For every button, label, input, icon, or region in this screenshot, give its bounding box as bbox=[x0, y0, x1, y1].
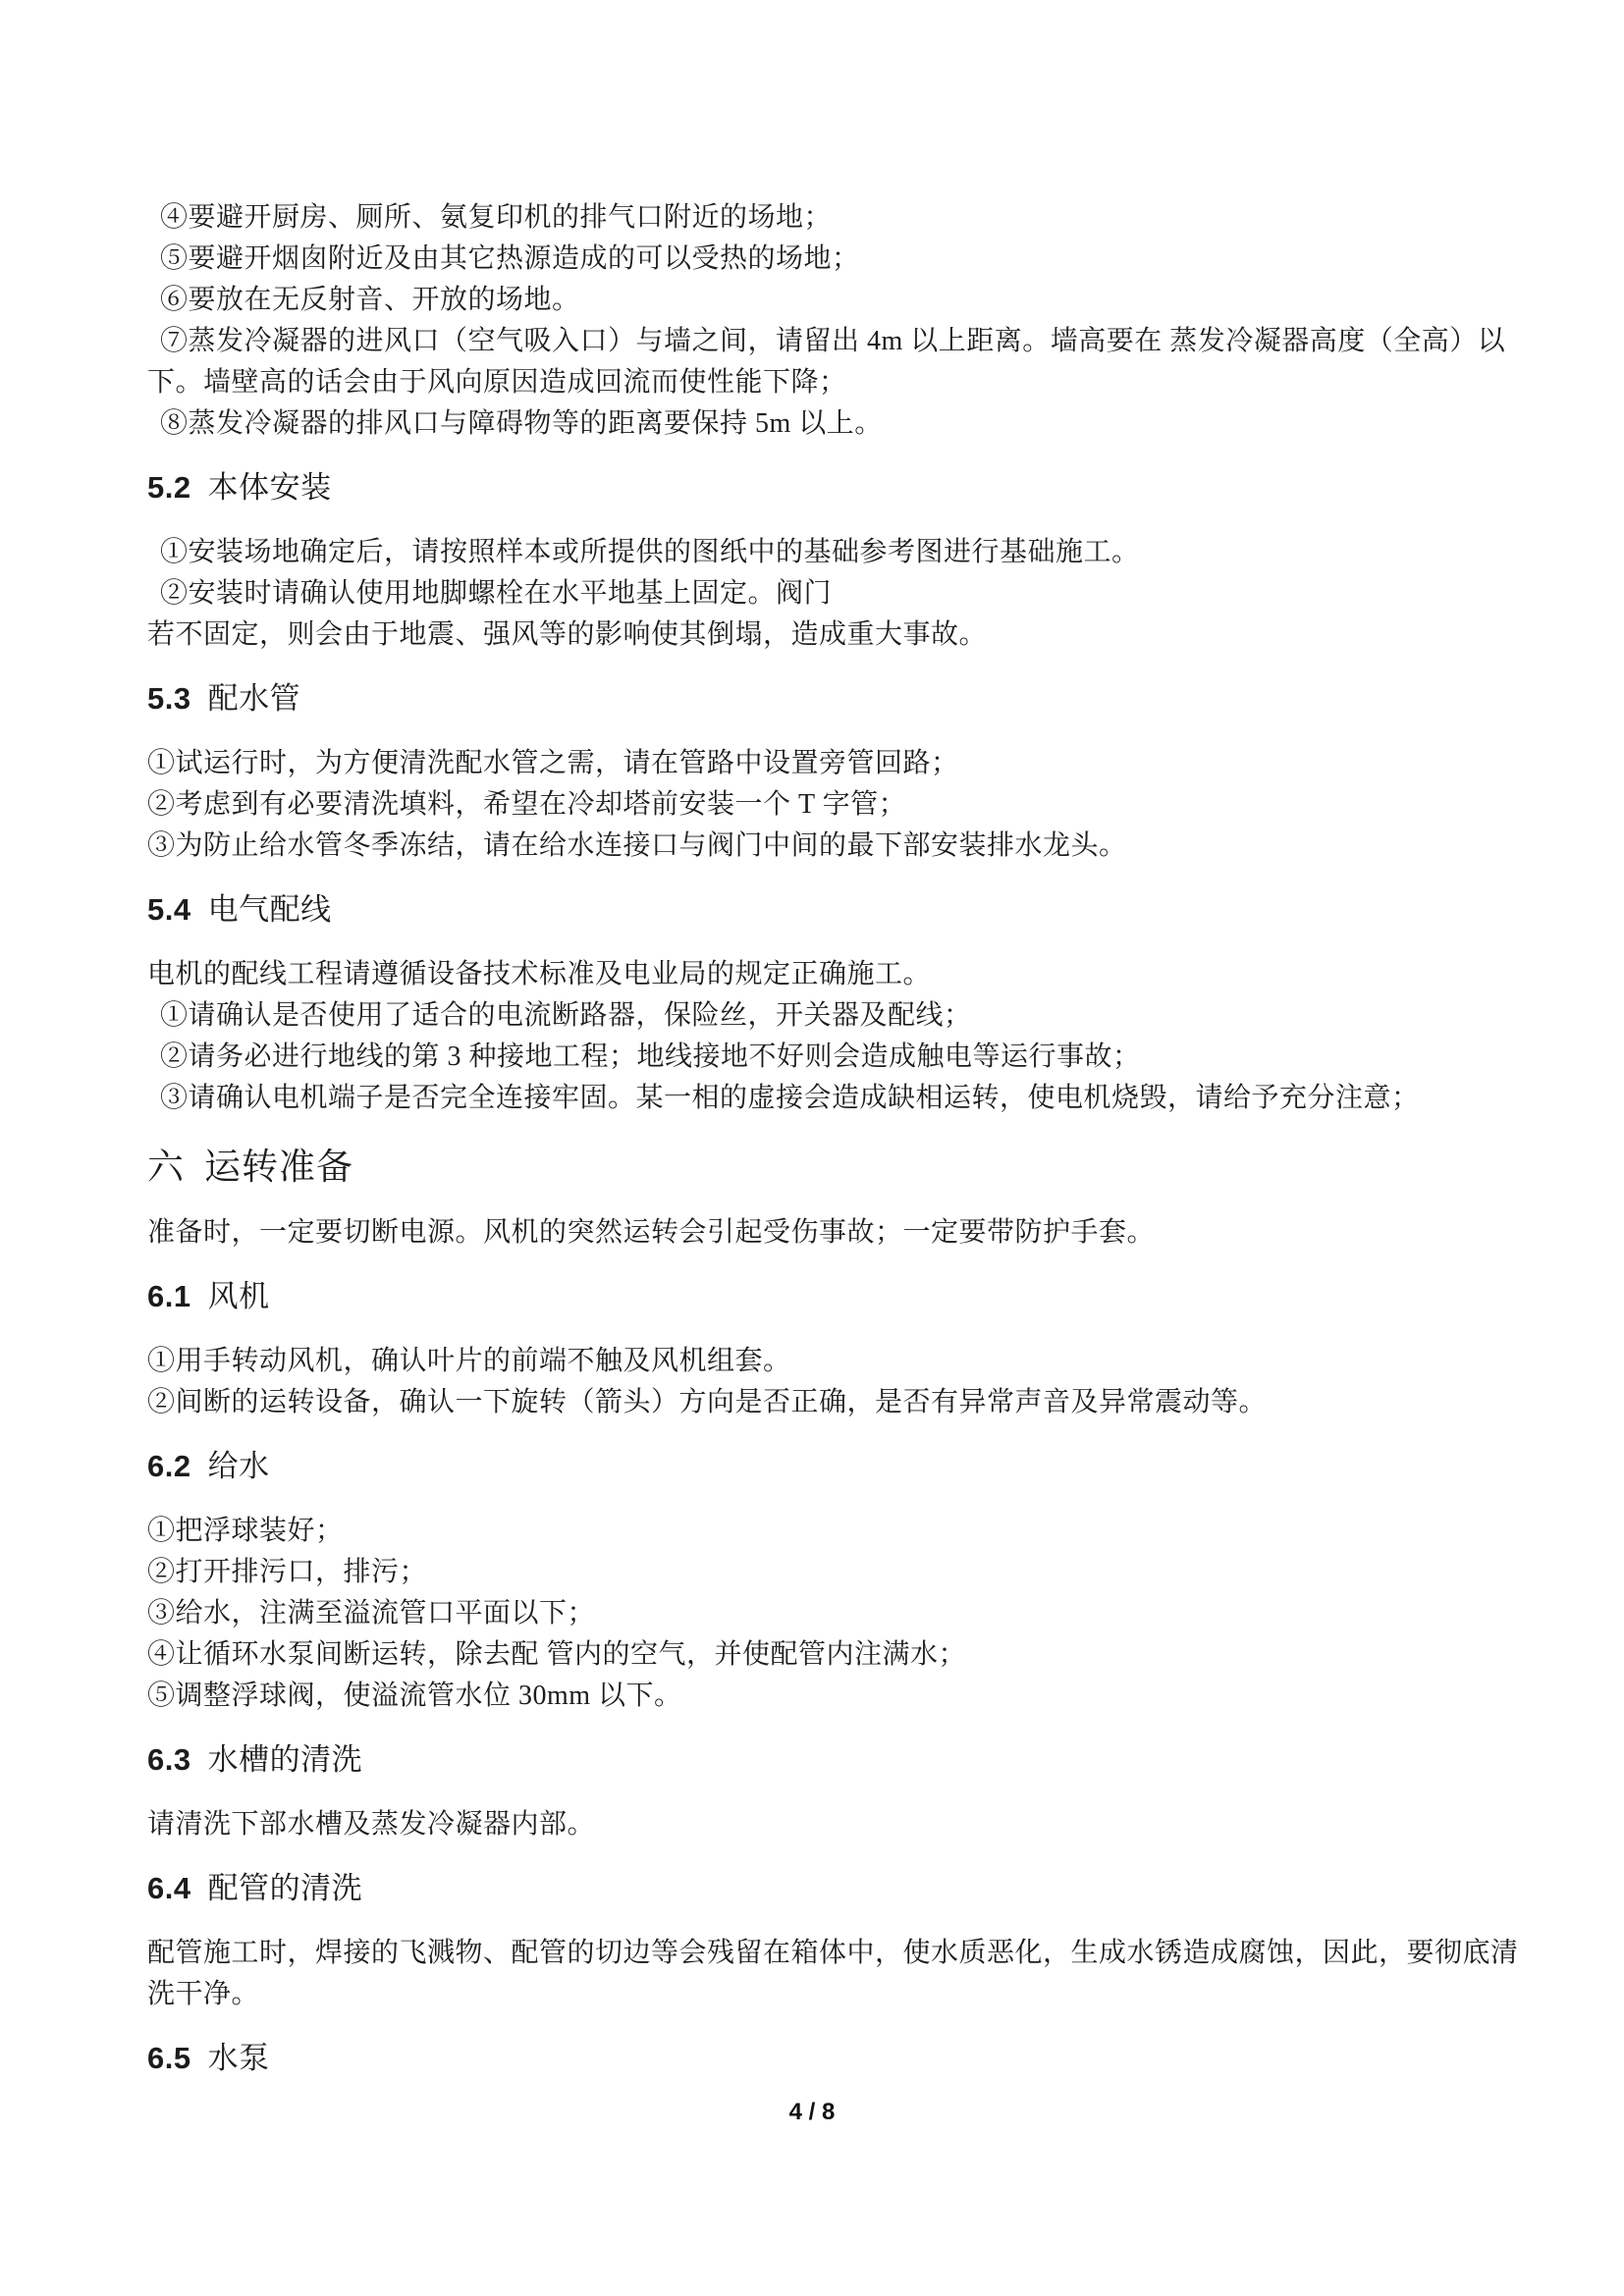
paragraph: ②安装时请确认使用地脚螺栓在水平地基上固定。阀门 bbox=[147, 573, 1526, 614]
section-title: 配水管 bbox=[208, 681, 301, 716]
paragraph: ②间断的运转设备，确认一下旋转（箭头）方向是否正确，是否有异常声音及异常震动等。 bbox=[147, 1382, 1526, 1423]
section-number: 6.3 bbox=[147, 1742, 191, 1777]
paragraph: ①用手转动风机，确认叶片的前端不触及风机组套。 bbox=[147, 1341, 1526, 1382]
section-number: 5.2 bbox=[147, 470, 191, 505]
paragraph: ①试运行时，为方便清洗配水管之需，请在管路中设置旁管回路； bbox=[147, 743, 1526, 784]
page-number: 4 / 8 bbox=[789, 2099, 836, 2125]
paragraph: 配管施工时，焊接的飞溅物、配管的切边等会残留在箱体中，使水质恶化，生成水锈造成腐… bbox=[147, 1933, 1526, 2015]
chapter-title: 运转准备 bbox=[204, 1148, 353, 1188]
section-heading-6-5: 6.5水泵 bbox=[147, 2037, 1526, 2080]
paragraph: ④让循环水泵间断运转，除去配 管内的空气，并使配管内注满水； bbox=[147, 1634, 1526, 1676]
section-title: 配管的清洗 bbox=[208, 1871, 363, 1905]
paragraph: 请清洗下部水槽及蒸发冷凝器内部。 bbox=[147, 1804, 1526, 1845]
section-heading-5-4: 5.4电气配线 bbox=[147, 888, 1526, 932]
section-number: 6.1 bbox=[147, 1279, 191, 1313]
section-title: 水泵 bbox=[208, 2041, 270, 2075]
paragraph: 准备时，一定要切断电源。风机的突然运转会引起受伤事故；一定要带防护手套。 bbox=[147, 1212, 1526, 1254]
paragraph: ③为防止给水管冬季冻结，请在给水连接口与阀门中间的最下部安装排水龙头。 bbox=[147, 826, 1526, 867]
section-number: 6.5 bbox=[147, 2041, 191, 2075]
paragraph: 若不固定，则会由于地震、强风等的影响使其倒塌，造成重大事故。 bbox=[147, 614, 1526, 656]
paragraph: ⑧蒸发冷凝器的排风口与障碍物等的距离要保持 5m 以上。 bbox=[147, 403, 1526, 445]
paragraph: ③请确认电机端子是否完全连接牢固。某一相的虚接会造成缺相运转，使电机烧毁，请给予… bbox=[147, 1078, 1526, 1119]
paragraph: ⑤调整浮球阀，使溢流管水位 30mm 以下。 bbox=[147, 1676, 1526, 1717]
paragraph: ③给水，注满至溢流管口平面以下； bbox=[147, 1593, 1526, 1634]
paragraph: ④要避开厨房、厕所、氨复印机的排气口附近的场地； bbox=[147, 197, 1526, 239]
paragraph: ⑦蒸发冷凝器的进风口（空气吸入口）与墙之间，请留出 4m 以上距离。墙高要在 蒸… bbox=[147, 321, 1526, 403]
section-heading-6-1: 6.1风机 bbox=[147, 1275, 1526, 1318]
page-footer: 4 / 8 bbox=[0, 2092, 1624, 2133]
paragraph: ⑤要避开烟囱附近及由其它热源造成的可以受热的场地； bbox=[147, 239, 1526, 280]
paragraph: ②考虑到有必要清洗填料，希望在冷却塔前安装一个 T 字管； bbox=[147, 784, 1526, 826]
document-content: ④要避开厨房、厕所、氨复印机的排气口附近的场地； ⑤要避开烟囱附近及由其它热源造… bbox=[147, 197, 1526, 2103]
section-heading-5-2: 5.2本体安装 bbox=[147, 466, 1526, 509]
paragraph: ⑥要放在无反射音、开放的场地。 bbox=[147, 280, 1526, 321]
section-heading-6-2: 6.2给水 bbox=[147, 1445, 1526, 1488]
chapter-number: 六 bbox=[147, 1148, 185, 1188]
section-heading-6-3: 6.3水槽的清洗 bbox=[147, 1738, 1526, 1782]
section-heading-6-4: 6.4配管的清洗 bbox=[147, 1867, 1526, 1910]
paragraph: 电机的配线工程请遵循设备技术标准及电业局的规定正确施工。 bbox=[147, 954, 1526, 995]
section-title: 风机 bbox=[208, 1279, 270, 1313]
paragraph: ①请确认是否使用了适合的电流断路器，保险丝，开关器及配线； bbox=[147, 995, 1526, 1037]
chapter-heading-6: 六运转准备 bbox=[147, 1144, 1526, 1193]
section-title: 水槽的清洗 bbox=[208, 1742, 363, 1777]
section-heading-5-3: 5.3配水管 bbox=[147, 677, 1526, 721]
document-page: ④要避开厨房、厕所、氨复印机的排气口附近的场地； ⑤要避开烟囱附近及由其它热源造… bbox=[0, 0, 1624, 2296]
section-number: 6.4 bbox=[147, 1871, 191, 1905]
section-title: 电气配线 bbox=[208, 892, 332, 927]
section-number: 6.2 bbox=[147, 1449, 191, 1483]
paragraph: ②请务必进行地线的第 3 种接地工程；地线接地不好则会造成触电等运行事故； bbox=[147, 1037, 1526, 1078]
paragraph: ①把浮球装好； bbox=[147, 1511, 1526, 1552]
paragraph: ①安装场地确定后，请按照样本或所提供的图纸中的基础参考图进行基础施工。 bbox=[147, 532, 1526, 573]
section-title: 给水 bbox=[208, 1449, 270, 1483]
paragraph: ②打开排污口，排污； bbox=[147, 1552, 1526, 1593]
section-title: 本体安装 bbox=[208, 470, 332, 505]
section-number: 5.4 bbox=[147, 892, 191, 927]
section-number: 5.3 bbox=[147, 681, 191, 716]
